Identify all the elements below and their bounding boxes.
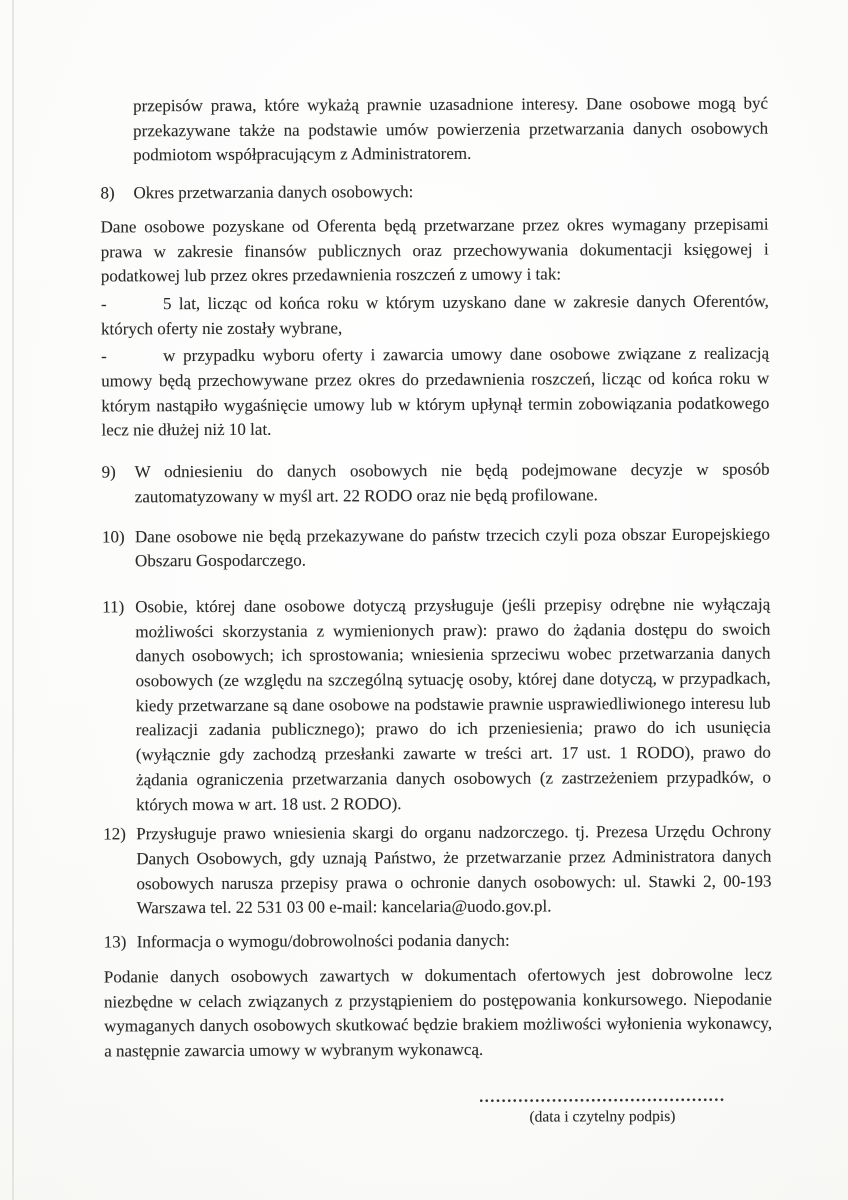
- intro-paragraph: przepisów prawa, które wykażą prawnie uz…: [133, 92, 768, 169]
- item-12-number: 12): [103, 823, 133, 848]
- section-8-bullet-2-text: w przypadku wyboru oferty i zawarcia umo…: [101, 344, 769, 440]
- section-8-bullet-1-text: 5 lat, licząc od końca roku w którym uzy…: [101, 291, 769, 338]
- item-10-number: 10): [102, 525, 132, 550]
- item-9: 9) W odniesieniu do danych osobowych nie…: [102, 458, 770, 510]
- document-content: przepisów prawa, które wykażą prawnie uz…: [100, 92, 773, 1131]
- section-8-heading: 8) Okres przetwarzania danych osobowych:: [100, 179, 768, 207]
- signature-dotted-line: ........................................…: [456, 1087, 748, 1106]
- item-13-number: 13): [104, 930, 134, 955]
- item-10-text: Dane osobowe nie będą przekazywane do pa…: [135, 524, 770, 570]
- item-13: 13) Informacja o wymogu/dobrowolności po…: [104, 928, 772, 956]
- item-11-text: Osobie, której dane osobowe dotyczą przy…: [135, 594, 771, 813]
- signature-caption: (data i czytelny podpis): [456, 1105, 748, 1128]
- item-12-text: Przysługuje prawo wniesienia skargi do o…: [136, 822, 771, 918]
- section-8-bullet-2: -w przypadku wyboru oferty i zawarcia um…: [101, 342, 769, 444]
- section-8-heading-text: Okres przetwarzania danych osobowych:: [133, 182, 413, 202]
- section-8-number: 8): [100, 181, 130, 206]
- item-11: 11) Osobie, której dane osobowe dotyczą …: [102, 592, 771, 817]
- section-8-bullet-1: -5 lat, licząc od końca roku w którym uz…: [101, 289, 769, 341]
- section-8-body: Dane osobowe pozyskane od Oferenta będą …: [101, 212, 769, 289]
- item-12: 12) Przysługuje prawo wniesienia skargi …: [103, 820, 771, 922]
- dash-bullet-marker: -: [101, 345, 163, 370]
- scanned-document-page: przepisów prawa, które wykażą prawnie uz…: [0, 0, 848, 1200]
- signature-block: ........................................…: [456, 1087, 748, 1128]
- item-10: 10) Dane osobowe nie będą przekazywane d…: [102, 522, 770, 574]
- scan-edge-artifact: [12, 0, 14, 1200]
- dash-bullet-marker: -: [101, 292, 163, 317]
- item-9-text: W odniesieniu do danych osobowych nie bę…: [135, 460, 770, 506]
- item-9-number: 9): [102, 460, 132, 485]
- item-11-number: 11): [102, 595, 132, 620]
- closing-paragraph: Podanie danych osobowych zawartych w dok…: [104, 962, 772, 1064]
- item-13-text: Informacja o wymogu/dobrowolności podani…: [137, 931, 510, 952]
